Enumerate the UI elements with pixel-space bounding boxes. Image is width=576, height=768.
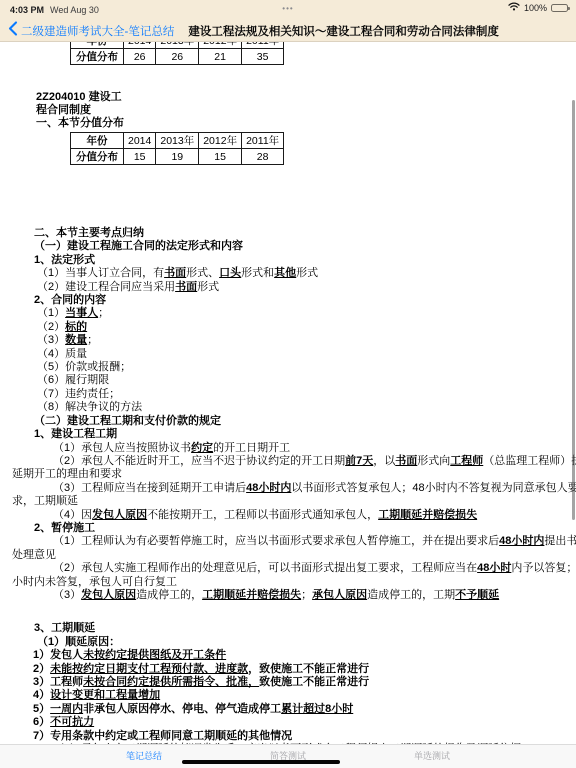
- table-cell: 2012年: [199, 42, 242, 49]
- table-cell: 2014: [124, 133, 156, 149]
- table-cell: 28: [242, 149, 284, 165]
- text-segment: 6）: [33, 716, 50, 728]
- text-segment: 处理意见: [12, 549, 56, 561]
- home-indicator[interactable]: [182, 760, 340, 765]
- highlighted-term: 不予顺延: [455, 589, 499, 601]
- content-line: （4）质量: [0, 348, 576, 361]
- text-segment: （4）质量: [37, 348, 87, 360]
- text-segment: （6）履行期限: [37, 374, 109, 386]
- content-line: （2）承包人实施工程师作出的处理意见后，可以书面形式提出复工要求，工程师应当在4…: [0, 562, 576, 575]
- table-cell: 21: [199, 49, 242, 65]
- note-content[interactable]: 年份20142013年2012年2011年分值分布26262135 2Z2040…: [0, 42, 576, 744]
- text-segment: （3）: [37, 334, 65, 346]
- text-segment: （1）承包人应当按照协议书: [53, 442, 191, 454]
- highlighted-term: 未能按约定日期支付工程预付款、进度款: [50, 663, 248, 675]
- battery-percentage: 100%: [524, 3, 547, 13]
- ellipsis-icon: •••: [282, 4, 293, 13]
- chevron-left-icon: [8, 21, 18, 41]
- content-line: 二、本节主要考点归纳: [0, 227, 576, 240]
- text-segment: 致使施工不能正常进行: [259, 676, 369, 688]
- score-table-previous-section: 年份20142013年2012年2011年分值分布26262135: [70, 42, 284, 65]
- text-segment: （一）建设工程施工合同的法定形式和内容: [34, 240, 243, 252]
- content-line: 求，工期顺延: [0, 495, 576, 508]
- text-segment: 提出书面: [544, 535, 576, 547]
- table-cell: 19: [156, 149, 199, 165]
- text-segment: （5）价款或报酬；: [37, 361, 131, 373]
- text-segment: ，致使施工不能正常进行: [248, 663, 369, 675]
- content-line: （7）违约责任；: [0, 388, 576, 401]
- content-line: 1、建设工程工期: [0, 428, 576, 441]
- text-segment: 求，工期顺延: [12, 495, 78, 507]
- text-segment: 造成停工的，工期: [367, 589, 455, 601]
- text-segment: 内予以答复；48: [511, 562, 576, 574]
- text-segment: ，以: [373, 455, 395, 467]
- text-segment: （2）建设工程合同应当采用: [37, 281, 175, 293]
- text-segment: （4）因: [53, 509, 92, 521]
- text-segment: （2）承包人不能近时开工，应当不迟于协议约定的开工日期: [53, 455, 345, 467]
- highlighted-term: 书面: [164, 267, 186, 279]
- score-table-current-section: 年份20142013年2012年2011年分值分布15191528: [70, 132, 284, 165]
- status-time: 4:03 PM: [10, 5, 44, 15]
- status-date: Wed Aug 30: [50, 5, 99, 15]
- content-line: （2）承包人不能近时开工，应当不迟于协议约定的开工日期前7天，以书面形式向工程师…: [0, 455, 576, 468]
- highlighted-term: 发包人原因: [81, 589, 136, 601]
- highlighted-term: 48小时: [477, 562, 511, 574]
- text-segment: 4）: [33, 689, 50, 701]
- table-cell: 2013年: [156, 133, 199, 149]
- battery-icon: [551, 4, 568, 12]
- text-segment: （7）违约责任；: [37, 388, 120, 400]
- text-segment: 1、法定形式: [34, 254, 95, 266]
- highlighted-term: 前7天: [345, 455, 373, 467]
- table-cell: 2013年: [156, 42, 199, 49]
- content-line: （一）建设工程施工合同的法定形式和内容: [0, 240, 576, 253]
- status-bar: 4:03 PM Wed Aug 30 ••• 100%: [0, 0, 576, 19]
- text-segment: 形式和: [241, 267, 274, 279]
- page-title: 建设工程法规及相关知识～建设工程合同和劳动合同法律制度: [188, 23, 499, 39]
- section-code-line: 程合同制度: [36, 104, 576, 117]
- bottom-tab-bar: 笔记总结 简答测试 单选测试: [0, 744, 576, 768]
- highlighted-term: 发包人原因: [92, 509, 147, 521]
- highlighted-term: 当事人: [65, 307, 98, 319]
- content-line: 1）发包人未按约定提供图纸及开工条件: [0, 649, 576, 662]
- text-segment: （1）顺延原因：: [37, 636, 120, 648]
- highlighted-term: 工期顺延并赔偿损失: [378, 509, 477, 521]
- content-line: （8）解决争议的方法: [0, 401, 576, 414]
- table-cell: 26: [124, 49, 156, 65]
- text-segment: （1）工程师认为有必要暂停施工时，应当以书面形式要求承包人暂停施工，并在提出要求…: [53, 535, 499, 547]
- text-segment: （3）: [53, 589, 81, 601]
- text-segment: 延期开工的理由和要求: [12, 468, 122, 480]
- top-chrome: 4:03 PM Wed Aug 30 ••• 100% 二级建造师考试大全: [0, 0, 576, 42]
- text-segment: ；: [87, 334, 98, 346]
- back-button[interactable]: 二级建造师考试大全-笔记总结: [8, 21, 174, 41]
- highlighted-term: 书面: [175, 281, 197, 293]
- table-row-header: 年份: [71, 133, 124, 149]
- highlighted-term: 48小时内: [499, 535, 544, 547]
- content-line: 2）未能按约定日期支付工程预付款、进度款，致使施工不能正常进行: [0, 663, 576, 676]
- text-segment: 造成停工的，: [136, 589, 202, 601]
- table-row-header: 分值分布: [71, 149, 124, 165]
- text-segment: （总监理工程师）提出: [483, 455, 576, 467]
- section-code-line: 2Z204010 建设工: [36, 91, 576, 104]
- text-segment: 形式、: [186, 267, 219, 279]
- table-cell: 26: [156, 49, 199, 65]
- content-line: （3）数量；: [0, 334, 576, 347]
- content-line: 处理意见: [0, 549, 576, 562]
- highlighted-term: 承包人原因: [312, 589, 367, 601]
- content-line: 5）一周内非承包人原因停水、停电、停气造成停工累计超过8小时: [0, 703, 576, 716]
- nav-bar: 二级建造师考试大全-笔记总结 建设工程法规及相关知识～建设工程合同和劳动合同法律…: [0, 19, 576, 42]
- content-line: （2）标的: [0, 321, 576, 334]
- highlighted-term: 设计变更和工程量增加: [50, 689, 160, 701]
- content-line: 小时内未答复，承包人可自行复工: [0, 576, 576, 589]
- highlighted-term: 标的: [65, 321, 87, 333]
- section-score-heading: 一、本节分值分布: [36, 117, 576, 130]
- text-segment: 的开工日期开工: [213, 442, 290, 454]
- text-segment: 非承包人原因停水、停电、停气造成停工: [83, 703, 281, 715]
- highlighted-term: 一周内: [50, 703, 83, 715]
- highlighted-term: 不可抗力: [50, 716, 94, 728]
- text-segment: 形式: [296, 267, 318, 279]
- content-line: 3、工期顺延: [0, 622, 576, 635]
- text-segment: ；: [301, 589, 312, 601]
- highlighted-term: 约定: [191, 442, 213, 454]
- highlighted-term: 未按约定提供图纸及开工条件: [83, 649, 226, 661]
- highlighted-term: 48小时内: [246, 482, 291, 494]
- text-segment: 2、暂停施工: [34, 522, 95, 534]
- content-line: （1）当事人；: [0, 307, 576, 320]
- content-line: （二）建设工程工期和支付价款的规定: [0, 415, 576, 428]
- text-segment: 以书面形式答复承包人；48小时内不答复视为同意承包人要: [291, 482, 576, 494]
- text-segment: 2）: [33, 663, 50, 675]
- text-segment: （二）建设工程工期和支付价款的规定: [34, 415, 221, 427]
- highlighted-term: 累计超过8小时: [281, 703, 353, 715]
- text-segment: 1）发包人: [33, 649, 83, 661]
- table-row-header: 分值分布: [71, 49, 124, 65]
- content-line: （4）因发包人原因不能按期开工，工程师以书面形式通知承包人，工期顺延并赔偿损失: [0, 509, 576, 522]
- tab-notes-summary[interactable]: 笔记总结: [126, 749, 162, 762]
- text-segment: 形式: [197, 281, 219, 293]
- table-cell: 35: [242, 49, 284, 65]
- highlighted-term: 数量: [65, 334, 87, 346]
- text-segment: （2）: [37, 321, 65, 333]
- table-cell: 15: [124, 149, 156, 165]
- content-line: 延期开工的理由和要求: [0, 468, 576, 481]
- text-segment: （2）承包人实施工程师作出的处理意见后，可以书面形式提出复工要求，工程师应当在: [53, 562, 477, 574]
- table-cell: 2012年: [199, 133, 242, 149]
- content-line: （2）建设工程合同应当采用书面形式: [0, 281, 576, 294]
- highlighted-term: 口头: [219, 267, 241, 279]
- text-segment: 二、本节主要考点归纳: [34, 227, 144, 239]
- content-line: 2、暂停施工: [0, 522, 576, 535]
- content-line: （3）发包人原因造成停工的，工期顺延并赔偿损失；承包人原因造成停工的，工期不予顺…: [0, 589, 576, 602]
- content-line: （6）履行期限: [0, 374, 576, 387]
- highlighted-term: 书面: [395, 455, 417, 467]
- highlighted-term: 未按合同约定提供所需指令、批准，: [83, 676, 259, 688]
- content-line: （1）当事人订立合同，有书面形式、口头形式和其他形式: [0, 267, 576, 280]
- content-line: （1）顺延原因：: [0, 636, 576, 649]
- section-heading-block: 2Z204010 建设工 程合同制度 一、本节分值分布: [36, 91, 576, 130]
- tab-single-choice-test[interactable]: 单选测试: [414, 749, 450, 762]
- content-line: 7）专用条款中约定或工程师同意工期顺延的其他情况: [0, 730, 576, 743]
- content-line: 3）工程师未按合同约定提供所需指令、批准，致使施工不能正常进行: [0, 676, 576, 689]
- text-segment: 5）: [33, 703, 50, 715]
- text-segment: （3）工程师应当在接到延期开工申请后: [53, 482, 246, 494]
- scrollbar-thumb[interactable]: [572, 100, 575, 520]
- content-line: 4）设计变更和工程量增加: [0, 689, 576, 702]
- table-cell: 2011年: [242, 42, 284, 49]
- content-line: （5）价款或报酬；: [0, 361, 576, 374]
- highlighted-term: 其他: [274, 267, 296, 279]
- text-segment: ；: [98, 307, 109, 319]
- text-segment: （8）解决争议的方法: [37, 401, 142, 413]
- content-line: 2、合同的内容: [0, 294, 576, 307]
- content-line: （1）承包人应当按照协议书约定的开工日期开工: [0, 442, 576, 455]
- content-line: （1）工程师认为有必要暂停施工时，应当以书面形式要求承包人暂停施工，并在提出要求…: [0, 535, 576, 548]
- highlighted-term: 工期顺延并赔偿损失: [202, 589, 301, 601]
- note-body: 二、本节主要考点归纳（一）建设工程施工合同的法定形式和内容1、法定形式（1）当事…: [0, 227, 576, 744]
- content-line: 6）不可抗力: [0, 716, 576, 729]
- text-segment: 7）专用条款中约定或工程师同意工期顺延的其他情况: [33, 730, 292, 742]
- table-cell: 15: [199, 149, 242, 165]
- text-segment: 1、建设工程工期: [34, 428, 117, 440]
- table-cell: 2011年: [242, 133, 284, 149]
- content-line: （3）工程师应当在接到延期开工申请后48小时内以书面形式答复承包人；48小时内不…: [0, 482, 576, 495]
- text-segment: （1）当事人订立合同，有: [37, 267, 164, 279]
- content-line: 1、法定形式: [0, 254, 576, 267]
- highlighted-term: 工程师: [450, 455, 483, 467]
- text-segment: 3）工程师: [33, 676, 83, 688]
- wifi-icon: [508, 2, 520, 13]
- text-segment: 2、合同的内容: [34, 294, 106, 306]
- text-segment: 3、工期顺延: [34, 622, 95, 634]
- back-label: 二级建造师考试大全-笔记总结: [21, 23, 174, 39]
- text-segment: 形式向: [417, 455, 450, 467]
- text-segment: 不能按期开工，工程师以书面形式通知承包人，: [147, 509, 378, 521]
- text-segment: 小时内未答复，承包人可自行复工: [12, 576, 177, 588]
- text-segment: （1）: [37, 307, 65, 319]
